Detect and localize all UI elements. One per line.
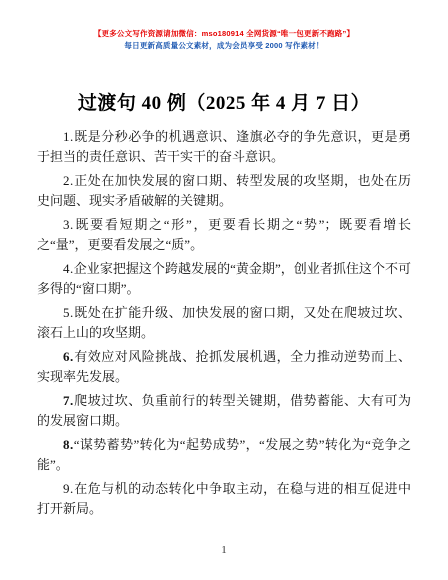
paragraph-2: 2.正处在加快发展的窗口期、转型发展的攻坚期，也处在历史问题、现实矛盾破解的关键… [37, 171, 411, 211]
document-page: 【更多公文写作资源请加微信：mso180914 全网货源“唯一包更新不跑路”】 … [0, 0, 448, 580]
document-content: 【更多公文写作资源请加微信：mso180914 全网货源“唯一包更新不跑路”】 … [0, 0, 448, 519]
paragraph-5-number: 5. [63, 305, 74, 320]
paragraph-8-number: 8. [63, 437, 74, 452]
paragraph-6-number: 6. [63, 349, 74, 364]
paragraph-2-text: 正处在加快发展的窗口期、转型发展的攻坚期，也处在历史问题、现实矛盾破解的关键期。 [37, 173, 411, 208]
paragraph-9-text: 在危与机的动态转化中争取主动，在稳与进的相互促进中打开新局。 [37, 481, 411, 516]
paragraph-3-text: 既要看短期之“形”，更要看长期之“势”；既要看增长之“量”，更要看发展之“质”。 [37, 217, 411, 252]
paragraph-9-number: 9. [63, 481, 74, 496]
paragraph-5-text: 既处在扩能升级、加快发展的窗口期，又处在爬坡过坎、滚石上山的攻坚期。 [37, 305, 411, 340]
paragraph-1-number: 1. [63, 129, 74, 144]
paragraph-8: 8.“谋势蓄势”转化为“起势成势”，“发展之势”转化为“竞争之能”。 [37, 435, 411, 475]
paragraph-9: 9.在危与机的动态转化中争取主动，在稳与进的相互促进中打开新局。 [37, 479, 411, 519]
page-number: 1 [0, 544, 448, 556]
paragraph-4-number: 4. [63, 261, 74, 276]
paragraph-1-text: 既是分秒必争的机遇意识、逢旗必夺的争先意识，更是勇于担当的责任意识、苦干实干的奋… [37, 129, 411, 164]
paragraph-7-number: 7. [63, 393, 74, 408]
paragraph-4-text: 企业家把握这个跨越发展的“黄金期”，创业者抓住这个不可多得的“窗口期”。 [37, 261, 411, 296]
paragraph-7: 7.爬坡过坎、负重前行的转型关键期，借势蓄能、大有可为的发展窗口期。 [37, 391, 411, 431]
paragraph-7-text: 爬坡过坎、负重前行的转型关键期，借势蓄能、大有可为的发展窗口期。 [37, 393, 411, 428]
paragraph-3: 3.既要看短期之“形”，更要看长期之“势”；既要看增长之“量”，更要看发展之“质… [37, 215, 411, 255]
paragraph-2-number: 2. [63, 173, 74, 188]
paragraph-8-text: “谋势蓄势”转化为“起势成势”，“发展之势”转化为“竞争之能”。 [37, 437, 411, 472]
paragraph-5: 5.既处在扩能升级、加快发展的窗口期，又处在爬坡过坎、滚石上山的攻坚期。 [37, 303, 411, 343]
paragraph-1: 1.既是分秒必争的机遇意识、逢旗必夺的争先意识，更是勇于担当的责任意识、苦干实干… [37, 127, 411, 167]
watermark-line-1: 【更多公文写作资源请加微信：mso180914 全网货源“唯一包更新不跑路”】 [37, 28, 411, 40]
paragraph-6-text: 有效应对风险挑战、抢抓发展机遇，全力推动逆势而上、实现率先发展。 [37, 349, 411, 384]
page-title: 过渡句 40 例（2025 年 4 月 7 日） [37, 88, 411, 115]
paragraph-6: 6.有效应对风险挑战、抢抓发展机遇，全力推动逆势而上、实现率先发展。 [37, 347, 411, 387]
watermark-line-2: 每日更新高质量公文素材，成为会员享受 2000 写作素材！ [37, 40, 411, 52]
paragraph-3-number: 3. [63, 217, 74, 232]
paragraph-4: 4.企业家把握这个跨越发展的“黄金期”，创业者抓住这个不可多得的“窗口期”。 [37, 259, 411, 299]
